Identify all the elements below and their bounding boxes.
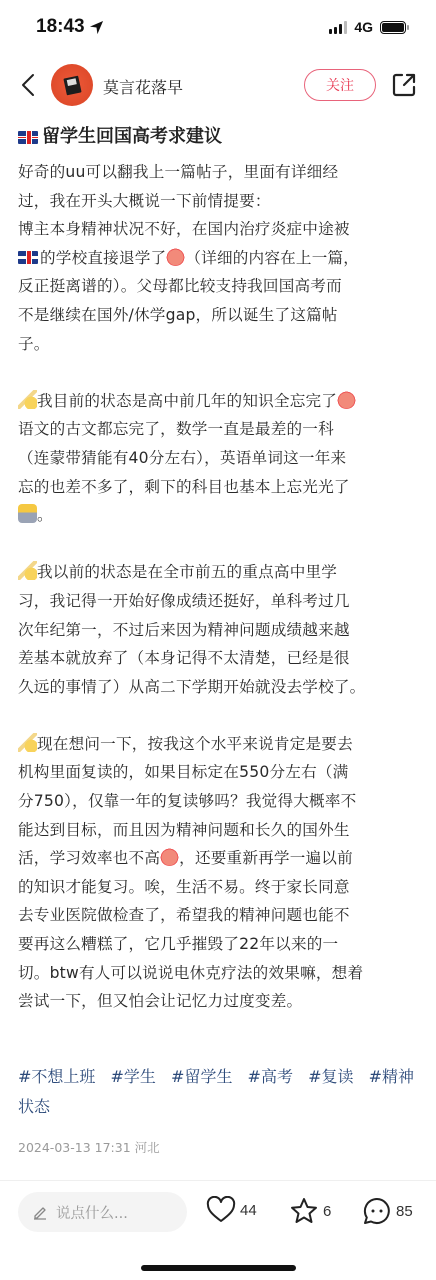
- paragraph-3: 我以前的状态是在全市前五的重点高中里学 习，我记得一开始好像成绩还挺好，单科考过…: [18, 558, 418, 701]
- nav-bar: 莫言花落早 关注: [0, 60, 436, 112]
- status-time: 18:43: [36, 16, 104, 38]
- tag-item[interactable]: #留学生: [171, 1067, 232, 1086]
- like-count: 44: [240, 1202, 257, 1219]
- pencil-icon: [32, 1204, 48, 1220]
- comment-placeholder: 说点什么...: [56, 1202, 128, 1223]
- favorite-button[interactable]: 6: [289, 1196, 331, 1226]
- signal-icon: [329, 21, 347, 34]
- post-title: 留学生回国高考求建议: [18, 122, 418, 152]
- uk-flag-icon: [18, 251, 38, 264]
- back-button[interactable]: [14, 70, 42, 100]
- paragraph-4: 现在想问一下，按我这个水平来说肯定是要去 机构里面复读的，如果目标定在550分左…: [18, 730, 418, 1016]
- status-bar: 18:43 4G: [0, 0, 436, 56]
- uk-flag-icon: [18, 131, 38, 144]
- crying-face-icon: [160, 847, 179, 866]
- comet-icon: [18, 733, 37, 752]
- divider: [0, 1180, 436, 1181]
- author-name[interactable]: 莫言花落早: [103, 75, 183, 98]
- avatar[interactable]: [51, 64, 93, 106]
- paragraph-2: 我目前的状态是高中前几年的知识全忘完了 语文的古文都忘完了，数学一直是最差的一科…: [18, 387, 418, 530]
- post-content: 留学生回国高考求建议 好奇的uu可以翻我上一篇帖子，里面有详细经 过，我在开头大…: [18, 122, 418, 1044]
- home-indicator[interactable]: [141, 1265, 296, 1271]
- tag-item[interactable]: #不想上班: [18, 1067, 95, 1086]
- tag-item[interactable]: #学生: [111, 1067, 156, 1086]
- comment-input[interactable]: 说点什么...: [18, 1192, 187, 1232]
- chevron-left-icon: [21, 73, 35, 97]
- tag-list: #不想上班 #学生 #留学生 #高考 #复读 #精神状态: [18, 1062, 418, 1122]
- post-body: 好奇的uu可以翻我上一篇帖子，里面有详细经 过，我在开头大概说一下前情提要： 博…: [18, 158, 418, 1016]
- like-button[interactable]: 44: [206, 1196, 257, 1224]
- status-indicators: 4G: [329, 19, 406, 35]
- star-icon: [289, 1196, 319, 1226]
- post-timestamp: 2024-03-13 17:31 河北: [18, 1138, 160, 1156]
- tag-item[interactable]: #复读: [308, 1067, 353, 1086]
- comment-bubble-icon: [362, 1196, 392, 1226]
- share-icon: [391, 72, 417, 98]
- comment-button[interactable]: 85: [362, 1196, 413, 1226]
- crying-face-icon: [166, 247, 185, 266]
- comet-icon: [18, 561, 37, 580]
- heart-icon: [206, 1196, 236, 1224]
- favorite-count: 6: [323, 1203, 331, 1220]
- paragraph-1: 好奇的uu可以翻我上一篇帖子，里面有详细经 过，我在开头大概说一下前情提要： 博…: [18, 158, 418, 358]
- crying-face-icon: [337, 390, 356, 409]
- comet-icon: [18, 390, 37, 409]
- share-button[interactable]: [391, 72, 417, 98]
- follow-button[interactable]: 关注: [304, 69, 376, 101]
- battery-icon: [380, 21, 406, 34]
- shrug-icon: [18, 504, 37, 523]
- location-arrow-icon: [89, 20, 104, 35]
- comment-count: 85: [396, 1203, 413, 1220]
- bottom-action-bar: 说点什么... 44 6 85: [0, 1190, 436, 1236]
- network-type: 4G: [354, 19, 373, 35]
- tag-item[interactable]: #高考: [248, 1067, 293, 1086]
